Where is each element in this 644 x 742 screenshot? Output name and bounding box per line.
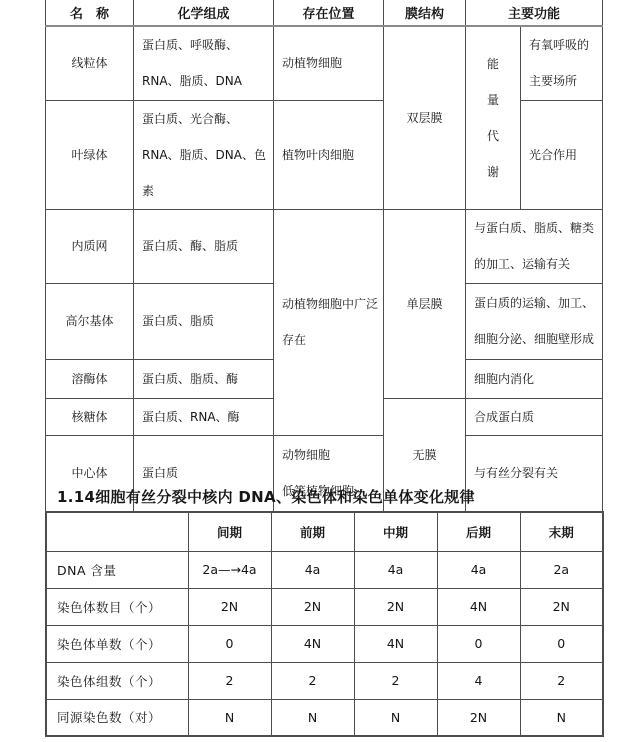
- organelle-function: 与有丝分裂有关: [466, 435, 603, 512]
- row-label-dna-content: DNA 含量: [46, 551, 188, 588]
- table-row: 间期 前期 中期 后期 末期: [46, 512, 603, 551]
- header-composition: 化学组成: [134, 0, 274, 26]
- organelle-function: 合成蛋白质: [466, 398, 603, 435]
- header-function: 主要功能: [466, 0, 603, 26]
- shared-location-cell: 动植物细胞中广泛存在: [274, 209, 384, 435]
- organelle-name: 高尔基体: [46, 283, 134, 359]
- energy-metabolism-vertical-label: 能量代谢: [486, 46, 500, 190]
- table-row: 染色体组数（个） 2 2 2 4 2: [46, 662, 603, 699]
- phase-header-empty: [46, 512, 188, 551]
- table-row: DNA 含量 2a—→4a 4a 4a 4a 2a: [46, 551, 603, 588]
- organelle-name: 核糖体: [46, 398, 134, 435]
- organelle-composition: 蛋白质、呼吸酶、RNA、脂质、DNA: [134, 26, 274, 100]
- phase-value: 2N: [520, 588, 603, 625]
- phase-value: 4: [437, 662, 520, 699]
- organelle-composition: 蛋白质、酶、脂质: [134, 209, 274, 283]
- organelle-function: 有氧呼吸的主要场所: [521, 26, 603, 100]
- phase-value: 4a: [354, 551, 437, 588]
- phase-value: 0: [437, 625, 520, 662]
- phase-value: 4a: [437, 551, 520, 588]
- phase-value: 4N: [437, 588, 520, 625]
- organelle-function: 蛋白质的运输、加工、细胞分泌、细胞壁形成: [466, 283, 603, 359]
- organelle-name: 溶酶体: [46, 359, 134, 398]
- phase-value: 4N: [354, 625, 437, 662]
- phase-header-metaphase: 中期: [354, 512, 437, 551]
- organelle-function: 与蛋白质、脂质、糖类的加工、运输有关: [466, 209, 603, 283]
- phase-value: 2N: [188, 588, 271, 625]
- membrane-type-single: 单层膜: [384, 209, 466, 398]
- header-name: 名 称: [46, 0, 134, 26]
- phase-value: 2a—→4a: [188, 551, 271, 588]
- table-row: 名 称 化学组成 存在位置 膜结构 主要功能: [46, 0, 603, 26]
- row-label-chromatid-number: 染色体单数（个）: [46, 625, 188, 662]
- phase-value: 2: [520, 662, 603, 699]
- phase-header-prophase: 前期: [271, 512, 354, 551]
- phase-value: 2N: [354, 588, 437, 625]
- phase-value: N: [271, 699, 354, 736]
- organelle-composition: 蛋白质、脂质: [134, 283, 274, 359]
- header-membrane: 膜结构: [384, 0, 466, 26]
- phase-header-anaphase: 后期: [437, 512, 520, 551]
- phase-value: 2N: [271, 588, 354, 625]
- organelle-location-line: 动物细胞: [282, 437, 378, 473]
- page: 名 称 化学组成 存在位置 膜结构 主要功能 线粒体 蛋白质、呼吸酶、RNA、脂…: [0, 0, 644, 742]
- table-row: 同源染色数（对） N N N 2N N: [46, 699, 603, 736]
- organelle-composition: 蛋白质、RNA、酶: [134, 398, 274, 435]
- table-row: 线粒体 蛋白质、呼吸酶、RNA、脂质、DNA 动植物细胞 双层膜 能量代谢 有氧…: [46, 26, 603, 100]
- row-label-chromosome-number: 染色体数目（个）: [46, 588, 188, 625]
- organelle-name: 线粒体: [46, 26, 134, 100]
- phase-header-interphase: 间期: [188, 512, 271, 551]
- section-title: 1.14细胞有丝分裂中核内 DNA、染色体和染色单体变化规律: [57, 486, 475, 507]
- phase-value: 2: [188, 662, 271, 699]
- energy-metabolism-cell: 能量代谢: [466, 26, 521, 209]
- phase-value: 4a: [271, 551, 354, 588]
- organelle-function: 光合作用: [521, 100, 603, 209]
- phase-value: 2N: [437, 699, 520, 736]
- phase-value: N: [520, 699, 603, 736]
- phase-value: 4N: [271, 625, 354, 662]
- row-label-homologous-pairs: 同源染色数（对）: [46, 699, 188, 736]
- table-row: 染色体单数（个） 0 4N 4N 0 0: [46, 625, 603, 662]
- phase-value: 0: [188, 625, 271, 662]
- organelle-name: 叶绿体: [46, 100, 134, 209]
- organelle-table: 名 称 化学组成 存在位置 膜结构 主要功能 线粒体 蛋白质、呼吸酶、RNA、脂…: [45, 0, 603, 513]
- organelle-function: 细胞内消化: [466, 359, 603, 398]
- membrane-type-double: 双层膜: [384, 26, 466, 209]
- phase-value: N: [188, 699, 271, 736]
- row-label-chromosome-sets: 染色体组数（个）: [46, 662, 188, 699]
- phase-value: 2: [354, 662, 437, 699]
- table-row: 内质网 蛋白质、酶、脂质 动植物细胞中广泛存在 单层膜 与蛋白质、脂质、糖类的加…: [46, 209, 603, 283]
- organelle-composition: 蛋白质、光合酶、RNA、脂质、DNA、色素: [134, 100, 274, 209]
- phase-value: 2a: [520, 551, 603, 588]
- organelle-location: 植物叶肉细胞: [274, 100, 384, 209]
- organelle-location: 动植物细胞: [274, 26, 384, 100]
- phase-value: 2: [271, 662, 354, 699]
- phase-header-telophase: 末期: [520, 512, 603, 551]
- organelle-name: 内质网: [46, 209, 134, 283]
- table-row: 染色体数目（个） 2N 2N 2N 4N 2N: [46, 588, 603, 625]
- mitosis-table: 间期 前期 中期 后期 末期 DNA 含量 2a—→4a 4a 4a 4a 2a…: [45, 511, 604, 737]
- header-location: 存在位置: [274, 0, 384, 26]
- organelle-composition: 蛋白质、脂质、酶: [134, 359, 274, 398]
- phase-value: N: [354, 699, 437, 736]
- phase-value: 0: [520, 625, 603, 662]
